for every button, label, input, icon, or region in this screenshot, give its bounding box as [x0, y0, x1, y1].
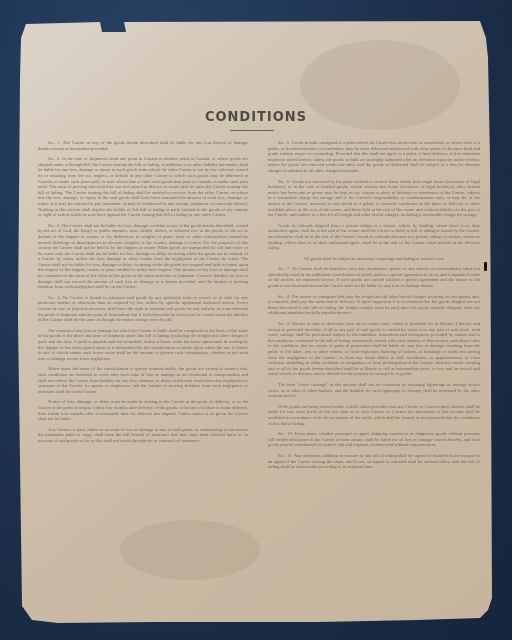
section-text: Any alteration, addition or erasure in t…: [268, 453, 480, 469]
section-text: Any Carrier or party liable on account o…: [38, 427, 248, 443]
section-text: The amount of any loss or damage for whi…: [38, 328, 248, 361]
title-underline: [230, 130, 274, 131]
section-text: No Carrier is bound to transport said go…: [38, 295, 248, 322]
page-title: CONDITIONS: [0, 110, 512, 125]
section-label: Sec. 3.: [48, 223, 61, 228]
condition-paragraph: Any Carrier or party liable on account o…: [38, 427, 248, 444]
section-text: If the goods are being carried under a t…: [268, 404, 480, 426]
condition-paragraph: Sec. 10. Every party, whether principal …: [268, 431, 480, 448]
section-text: When under the terms of the classificati…: [38, 366, 248, 393]
section-label: Sec. 10.: [278, 431, 295, 436]
condition-paragraph: All goods shall be subject to necessary …: [268, 256, 480, 262]
section-text: Except in case of diversion from rail to…: [268, 321, 480, 376]
section-label: Sec. 7.: [278, 266, 292, 271]
condition-paragraph: The amount of any loss or damage for whi…: [38, 328, 248, 362]
condition-paragraph: Sec. 5. Goods in bulk consigned to a poi…: [268, 140, 480, 174]
section-text: In the case of shipments from one point …: [38, 156, 248, 217]
section-text: The Carrier of any of the goods herein d…: [38, 140, 248, 151]
section-label: Sec. 9.: [278, 321, 292, 326]
condition-paragraph: If the goods are being carried under a t…: [268, 404, 480, 426]
section-label: Sec. 4.: [48, 295, 63, 300]
condition-paragraph: The term "water carriage" in this sectio…: [268, 382, 480, 399]
condition-paragraph: Goods in carloads shipped from a private…: [268, 223, 480, 251]
condition-paragraph: Sec. 3. The Carrier shall not be liable …: [38, 223, 248, 290]
section-label: Sec. 6.: [278, 179, 292, 184]
condition-paragraph: Sec. 11. Any alteration, addition or era…: [268, 453, 480, 470]
section-text: No Carrier shall be bound to carry any d…: [268, 266, 480, 288]
condition-paragraph: Sec. 2. In the case of shipments from on…: [38, 156, 248, 218]
condition-paragraph: When under the terms of the classificati…: [38, 366, 248, 394]
section-text: Goods in carloads shipped from a private…: [268, 223, 480, 250]
right-column: Sec. 5. Goods in bulk consigned to a poi…: [268, 140, 480, 475]
section-label: Sec. 2.: [48, 156, 62, 161]
condition-paragraph: Sec. 9. Except in case of diversion from…: [268, 321, 480, 377]
section-text: Notice of loss, damage, or delay must be…: [38, 399, 248, 421]
section-text: Every party, whether principal or agent,…: [268, 431, 480, 447]
condition-paragraph: Notice of loss, damage, or delay must be…: [38, 399, 248, 421]
section-text: The Carrier shall not be liable for loss…: [38, 223, 248, 290]
page-mark: [484, 262, 487, 271]
condition-paragraph: Sec. 6. Goods not removed by the party e…: [268, 179, 480, 218]
condition-paragraph: Sec. 1. The Carrier of any of the goods …: [38, 140, 248, 151]
section-label: Sec. 1.: [48, 140, 63, 145]
section-text: The term "water carriage" in this sectio…: [268, 382, 480, 398]
condition-paragraph: Sec. 7. No Carrier shall be bound to car…: [268, 266, 480, 288]
section-label: Sec. 11.: [278, 453, 294, 458]
section-text: The owner or consignee shall pay the fre…: [268, 294, 480, 316]
condition-paragraph: Sec. 8. The owner or consignee shall pay…: [268, 294, 480, 316]
section-text: All goods shall be subject to necessary …: [303, 256, 444, 261]
condition-paragraph: Sec. 4. No Carrier is bound to transport…: [38, 295, 248, 323]
section-text: Goods not removed by the party entitled …: [268, 179, 480, 218]
paper-stain: [120, 520, 260, 580]
section-label: Sec. 8.: [278, 294, 291, 299]
section-text: Goods in bulk consigned to a point where…: [268, 140, 480, 173]
left-column: Sec. 1. The Carrier of any of the goods …: [38, 140, 248, 449]
section-label: Sec. 5.: [278, 140, 291, 145]
